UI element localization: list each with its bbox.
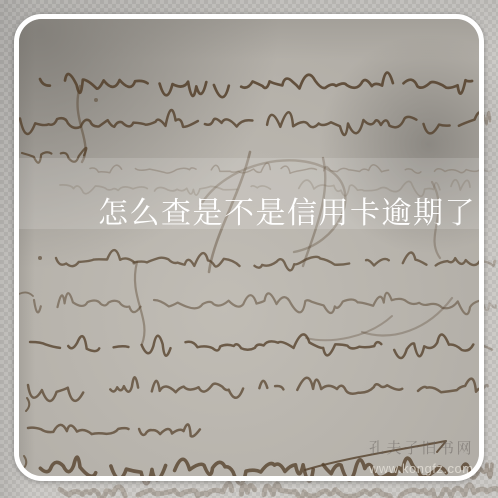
manuscript-photo [14, 14, 484, 481]
watermark: 孔夫子旧书网 www.kongfz.com [369, 437, 484, 476]
watermark-site-url: www.kongfz.com [369, 461, 484, 476]
image-canvas: 怎么查是不是信用卡逾期了 孔夫子旧书网 www.kongfz.com [0, 0, 498, 498]
overlay-title: 怎么查是不是信用卡逾期了 [98, 198, 476, 230]
image-card: 怎么查是不是信用卡逾期了 孔夫子旧书网 www.kongfz.com [14, 14, 484, 481]
watermark-site-name: 孔夫子旧书网 [369, 437, 484, 458]
